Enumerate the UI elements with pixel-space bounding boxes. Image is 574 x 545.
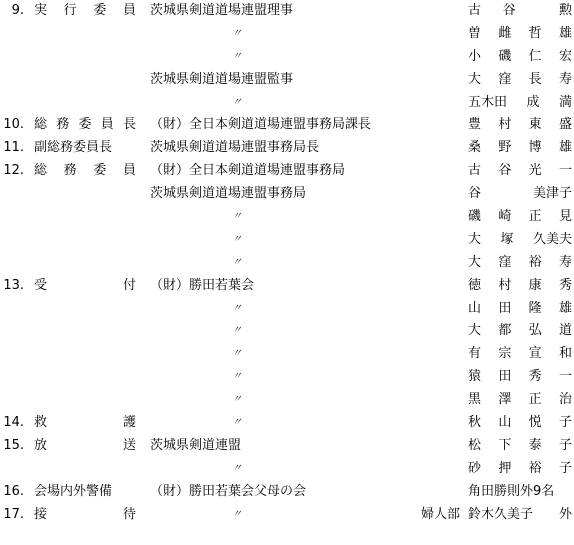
list-item: 〃小磯仁宏 (0, 46, 574, 69)
person-name: 角田勝則外9名 (468, 481, 572, 504)
name-part: 弘 (529, 320, 542, 343)
person-name: 黒澤正治 (468, 389, 572, 412)
name-part: 大 (468, 252, 481, 275)
person-name: 古谷光一 (468, 160, 572, 183)
name-part: 谷 (503, 0, 516, 23)
ditto-mark: 〃 (232, 504, 242, 527)
person-name: 猿田秀一 (468, 366, 572, 389)
name-part: 正 (529, 206, 542, 229)
name-part: 猿 (468, 366, 481, 389)
name-part: 山 (468, 298, 481, 321)
person-name: 大窪裕寿 (468, 252, 572, 275)
name-part: 博 (529, 137, 542, 160)
name-part: 裕 (529, 458, 542, 481)
name-part: 隆 (529, 298, 542, 321)
name-part: 大 (468, 320, 481, 343)
name-part: 砂 (468, 458, 481, 481)
name-part: 光 (529, 160, 542, 183)
item-number: 15. (0, 435, 24, 458)
organization-label: 茨城県剣道連盟 (150, 435, 410, 458)
ditto-mark: 〃 (232, 320, 242, 343)
name-part: 満 (559, 92, 572, 115)
name-part: 村 (498, 114, 511, 137)
list-item: 〃砂押裕子 (0, 458, 574, 481)
name-part: 谷 (468, 183, 481, 206)
name-part: 桑 (468, 137, 481, 160)
organization-label: 茨城県剣道道場連盟理事 (150, 0, 410, 23)
list-item: 11.副総務委員長茨城県剣道道場連盟事務局長桑野博雄 (0, 137, 574, 160)
name-part: 秀 (559, 275, 572, 298)
person-name: 砂押裕子 (468, 458, 572, 481)
name-part: 田 (498, 366, 511, 389)
list-item: 〃黒澤正治 (0, 389, 574, 412)
name-part: 黒 (468, 389, 481, 412)
name-part: 宗 (498, 343, 511, 366)
person-name: 桑野博雄 (468, 137, 572, 160)
committee-member-list: 9.実行委員茨城県剣道道場連盟理事古谷勲〃曽雌哲雄〃小磯仁宏茨城県剣道道場連盟監… (0, 0, 574, 526)
name-part: 正 (529, 389, 542, 412)
name-part: 都 (498, 320, 511, 343)
name-part: 康 (529, 275, 542, 298)
role-label: 接待 (34, 504, 136, 527)
name-part: 山 (498, 412, 511, 435)
list-item: 〃大都弘道 (0, 320, 574, 343)
organization-label: 茨城県剣道道場連盟監事 (150, 69, 410, 92)
name-part: 一 (559, 366, 572, 389)
name-part: 寿 (559, 69, 572, 92)
person-name: 磯崎正見 (468, 206, 572, 229)
list-item: 9.実行委員茨城県剣道道場連盟理事古谷勲 (0, 0, 574, 23)
name-part: 谷 (498, 160, 511, 183)
ditto-mark: 〃 (232, 23, 242, 46)
role-label: 実行委員 (34, 0, 136, 23)
name-part: 鈴木久美子 (468, 504, 533, 527)
list-item: 17.接待〃婦人部鈴木久美子外 (0, 504, 574, 527)
name-part: 磯 (468, 206, 481, 229)
name-part: 曽 (468, 23, 481, 46)
list-item: 茨城県剣道道場連盟事務局谷美津子 (0, 183, 574, 206)
ditto-mark: 〃 (232, 458, 242, 481)
list-item: 〃山田隆雄 (0, 298, 574, 321)
ditto-mark: 〃 (232, 343, 242, 366)
ditto-mark: 〃 (232, 206, 242, 229)
name-part: 雄 (559, 298, 572, 321)
list-item: 10.総務委員長（財）全日本剣道道場連盟事務局課長豊村東盛 (0, 114, 574, 137)
name-part: 盛 (559, 114, 572, 137)
item-number: 12. (0, 160, 24, 183)
role-label: 受付 (34, 275, 136, 298)
name-part: 哲 (529, 23, 542, 46)
person-name: 大都弘道 (468, 320, 572, 343)
name-part: 小 (468, 46, 481, 69)
role-label: 副総務委員長 (34, 137, 136, 160)
ditto-mark: 〃 (232, 92, 242, 115)
person-name: 松下泰子 (468, 435, 572, 458)
person-name: 曽雌哲雄 (468, 23, 572, 46)
list-item: 〃曽雌哲雄 (0, 23, 574, 46)
name-part: 外 (559, 504, 572, 527)
name-part: 野 (498, 137, 511, 160)
name-part: 東 (529, 114, 542, 137)
person-name: 古谷勲 (468, 0, 572, 23)
list-item: 12.総務委員（財）全日本剣道道場連盟事務局古谷光一 (0, 160, 574, 183)
name-part: 見 (559, 206, 572, 229)
name-part: 押 (498, 458, 511, 481)
name-part: 泰 (529, 435, 542, 458)
name-part: 窪 (498, 252, 511, 275)
name-part: 秀 (529, 366, 542, 389)
name-part: 秋 (468, 412, 481, 435)
name-part: 五木田 (468, 92, 507, 115)
person-name: 山田隆雄 (468, 298, 572, 321)
person-name: 大塚久美夫 (468, 229, 572, 252)
ditto-mark: 〃 (232, 389, 242, 412)
person-name: 徳村康秀 (468, 275, 572, 298)
item-number: 10. (0, 114, 24, 137)
person-name: 有宗宣和 (468, 343, 572, 366)
role-label: 救護 (34, 412, 136, 435)
organization-label: （財）勝田若葉会父母の会 (150, 481, 410, 504)
organization-label: （財）勝田若葉会 (150, 275, 410, 298)
item-number: 14. (0, 412, 24, 435)
ditto-mark: 〃 (232, 229, 242, 252)
list-item: 茨城県剣道道場連盟監事大窪長寿 (0, 69, 574, 92)
name-part: 治 (559, 389, 572, 412)
name-part: 久美夫 (533, 229, 572, 252)
name-part: 村 (498, 275, 511, 298)
name-part: 有 (468, 343, 481, 366)
name-part: 裕 (529, 252, 542, 275)
name-part: 一 (559, 160, 572, 183)
list-item: 15.放送茨城県剣道連盟松下泰子 (0, 435, 574, 458)
person-name: 大窪長寿 (468, 69, 572, 92)
name-part: 勲 (559, 0, 572, 23)
organization-label: 茨城県剣道道場連盟事務局長 (150, 137, 410, 160)
name-part: 子 (559, 412, 572, 435)
ditto-mark: 〃 (232, 252, 242, 275)
role-label: 放送 (34, 435, 136, 458)
ditto-mark: 〃 (232, 366, 242, 389)
name-part: 磯 (498, 46, 511, 69)
list-item: 16.会場内外警備（財）勝田若葉会父母の会角田勝則外9名 (0, 481, 574, 504)
name-part: 大 (468, 69, 481, 92)
list-item: 〃猿田秀一 (0, 366, 574, 389)
name-part: 田 (498, 298, 511, 321)
name-part: 塚 (500, 229, 513, 252)
name-part: 下 (498, 435, 511, 458)
person-name: 谷美津子 (468, 183, 572, 206)
person-name: 五木田成満 (468, 92, 572, 115)
role-label: 会場内外警備 (34, 481, 136, 504)
list-item: 13.受付（財）勝田若葉会徳村康秀 (0, 275, 574, 298)
list-item: 〃磯崎正見 (0, 206, 574, 229)
item-number: 13. (0, 275, 24, 298)
name-part: 大 (468, 229, 481, 252)
name-part: 窪 (498, 69, 511, 92)
person-name: 小磯仁宏 (468, 46, 572, 69)
name-part: 宏 (559, 46, 572, 69)
person-name: 秋山悦子 (468, 412, 572, 435)
list-item: 〃有宗宣和 (0, 343, 574, 366)
ditto-mark: 〃 (232, 412, 242, 435)
item-number: 17. (0, 504, 24, 527)
organization-label: 茨城県剣道道場連盟事務局 (150, 183, 410, 206)
role-label: 総務委員 (34, 160, 136, 183)
name-part: 徳 (468, 275, 481, 298)
name-part: 子 (559, 458, 572, 481)
name-part: 仁 (529, 46, 542, 69)
name-part: 成 (526, 92, 539, 115)
name-part: 長 (529, 69, 542, 92)
name-part: 悦 (529, 412, 542, 435)
name-part: 松 (468, 435, 481, 458)
name-part: 雄 (559, 23, 572, 46)
list-item: 〃大窪裕寿 (0, 252, 574, 275)
item-number: 9. (0, 0, 24, 23)
name-part: 和 (559, 343, 572, 366)
ditto-mark: 〃 (232, 298, 242, 321)
name-prefix-label: 婦人部 (410, 504, 460, 527)
name-part: 澤 (498, 389, 511, 412)
name-part: 宣 (529, 343, 542, 366)
ditto-mark: 〃 (232, 46, 242, 69)
item-number: 16. (0, 481, 24, 504)
organization-label: （財）全日本剣道道場連盟事務局 (150, 160, 410, 183)
name-part: 雌 (498, 23, 511, 46)
name-part: 道 (559, 320, 572, 343)
name-part: 古 (468, 160, 481, 183)
name-part: 古 (468, 0, 481, 23)
name-part: 崎 (498, 206, 511, 229)
list-item: 〃五木田成満 (0, 92, 574, 115)
list-item: 14.救護〃秋山悦子 (0, 412, 574, 435)
person-name: 豊村東盛 (468, 114, 572, 137)
name-part: 寿 (559, 252, 572, 275)
organization-label: （財）全日本剣道道場連盟事務局課長 (150, 114, 410, 137)
role-label: 総務委員長 (34, 114, 136, 137)
name-part: 雄 (559, 137, 572, 160)
name-part: 子 (559, 435, 572, 458)
name-part: 美津子 (533, 183, 572, 206)
name-part: 角田勝則外9名 (468, 481, 554, 504)
person-name: 鈴木久美子外 (468, 504, 572, 527)
name-part: 豊 (468, 114, 481, 137)
list-item: 〃大塚久美夫 (0, 229, 574, 252)
item-number: 11. (0, 137, 24, 160)
